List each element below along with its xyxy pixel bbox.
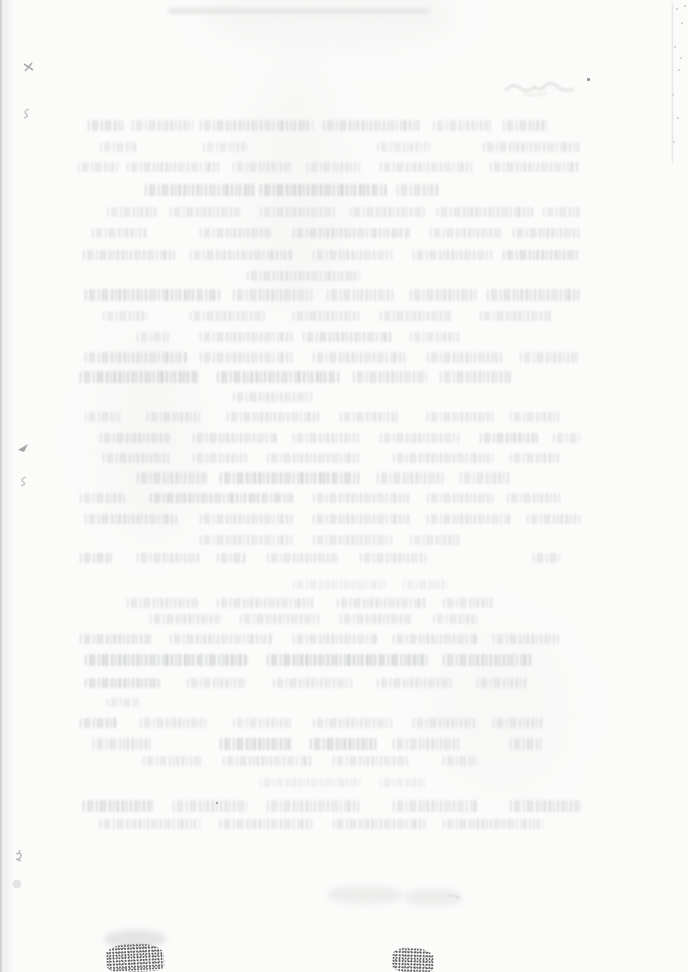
faded-text-segment <box>340 412 400 422</box>
faded-text-segment <box>543 207 580 217</box>
paper-mottle <box>420 620 580 800</box>
faded-text-segment <box>340 614 413 624</box>
scan-speck <box>680 57 682 59</box>
faded-text-segment <box>520 352 580 363</box>
faded-text-segment <box>393 453 493 463</box>
faded-text-segment <box>85 678 160 688</box>
faded-text-segment <box>490 162 580 172</box>
faded-text-segment <box>80 371 200 383</box>
faded-text-segment <box>267 553 337 563</box>
faded-text-segment <box>443 756 477 766</box>
faded-text-segment <box>85 654 247 666</box>
faded-text-segment <box>507 493 560 503</box>
faded-text-segment <box>380 778 427 787</box>
faded-text-segment <box>433 614 477 624</box>
footer-smudge-blob <box>328 886 402 904</box>
faded-text-segment <box>293 228 410 238</box>
faded-text-segment <box>107 698 140 707</box>
faded-text-segment <box>220 819 313 829</box>
faded-text-segment <box>303 332 393 342</box>
faded-text-segment <box>510 738 543 750</box>
faded-text-segment <box>493 634 560 644</box>
faded-text-segment <box>247 271 360 281</box>
faded-text-segment <box>132 120 193 131</box>
faded-text-segment <box>190 250 293 260</box>
faded-text-segment <box>397 184 440 196</box>
faded-text-segment <box>127 598 200 608</box>
faded-text-segment <box>353 371 427 383</box>
faded-text-segment <box>100 433 170 443</box>
faded-text-segment <box>427 352 503 363</box>
faded-text-segment <box>227 412 320 422</box>
faded-text-segment <box>493 718 543 728</box>
faded-text-segment <box>333 819 427 829</box>
faded-text-segment <box>137 553 200 563</box>
faded-text-segment <box>410 535 460 545</box>
faded-text-segment <box>190 311 267 321</box>
faded-text-segment <box>503 250 580 260</box>
faded-text-segment <box>83 800 153 812</box>
faded-text-segment <box>393 738 460 750</box>
faded-text-segment <box>267 654 427 666</box>
faded-text-segment <box>93 738 153 750</box>
faded-text-segment <box>433 120 493 131</box>
faded-text-segment <box>260 184 387 196</box>
faded-text-segment <box>323 120 420 131</box>
scan-speck <box>674 46 676 48</box>
scribble-path <box>506 83 573 90</box>
faded-text-segment <box>85 514 177 524</box>
bottom-ink-stamp <box>105 943 164 972</box>
faded-text-segment <box>460 472 510 484</box>
faded-text-segment <box>150 493 293 503</box>
margin-blot-mark <box>11 876 24 895</box>
faded-text-segment <box>380 311 453 321</box>
footer-curl-mark: 〜ₙ <box>445 888 460 903</box>
faded-text-segment <box>170 207 240 217</box>
faded-text-segment <box>293 634 377 644</box>
faded-text-segment <box>103 311 147 321</box>
faded-text-segment <box>510 412 560 422</box>
faded-text-segment <box>380 433 460 443</box>
faded-text-segment <box>313 718 393 728</box>
faded-text-segment <box>553 433 580 443</box>
faded-text-segment <box>313 250 393 260</box>
faded-text-segment <box>200 120 313 131</box>
faded-text-segment <box>200 228 273 238</box>
faded-text-segment <box>233 162 293 172</box>
faded-text-segment <box>360 553 427 563</box>
faded-text-segment <box>107 207 157 217</box>
faded-text-segment <box>145 184 257 196</box>
faded-text-segment <box>240 614 320 624</box>
faded-text-segment <box>443 598 493 608</box>
faded-text-segment <box>410 289 477 301</box>
scribble-path-2 <box>523 93 547 95</box>
faded-text-segment <box>393 634 477 644</box>
faded-text-segment <box>83 250 177 260</box>
faded-text-segment <box>293 433 360 443</box>
faded-text-segment <box>220 738 293 750</box>
scan-speck <box>677 117 679 119</box>
faded-text-segment <box>260 778 360 787</box>
faded-text-segment <box>193 453 247 463</box>
faded-text-segment <box>293 311 360 321</box>
faded-text-segment <box>313 352 407 363</box>
faded-text-segment <box>143 756 203 766</box>
faded-text-segment <box>267 800 360 812</box>
faded-text-segment <box>137 332 170 342</box>
faded-text-segment <box>260 207 337 217</box>
margin-curl-mark <box>20 105 33 124</box>
faded-text-segment <box>78 162 118 172</box>
faded-text-segment <box>170 634 273 644</box>
faded-text-segment <box>337 598 427 608</box>
faded-text-segment <box>527 514 580 524</box>
faded-text-segment <box>413 250 493 260</box>
faded-text-segment <box>147 412 200 422</box>
faded-text-segment <box>173 800 247 812</box>
faded-text-segment <box>403 580 447 589</box>
faded-text-segment <box>80 718 117 728</box>
faded-text-segment <box>310 738 377 750</box>
faded-text-segment <box>217 553 247 563</box>
faded-text-segment <box>85 352 187 363</box>
faded-text-segment <box>203 142 247 152</box>
faded-text-segment <box>503 120 547 131</box>
faded-text-segment <box>233 718 293 728</box>
margin-cross-mark <box>22 59 35 78</box>
faded-text-segment <box>377 472 443 484</box>
faded-text-segment <box>443 819 543 829</box>
faded-text-segment <box>85 289 220 301</box>
faded-text-segment <box>233 289 313 301</box>
faded-text-segment <box>393 800 477 812</box>
faded-text-segment <box>477 678 527 688</box>
scan-speck <box>681 22 683 24</box>
faded-text-segment <box>193 433 277 443</box>
faded-text-segment <box>200 352 293 363</box>
faded-text-segment <box>233 392 313 402</box>
faded-text-segment <box>513 228 580 238</box>
scan-left-shadow-band <box>4 0 14 972</box>
faded-text-segment <box>427 514 510 524</box>
margin-squiggle-mark <box>13 847 26 866</box>
faded-text-segment <box>267 453 360 463</box>
faded-text-segment <box>313 514 410 524</box>
faded-text-segment <box>150 614 220 624</box>
margin-arrow-mark <box>17 439 30 458</box>
faded-text-segment <box>217 371 340 383</box>
faded-text-segment <box>487 289 580 301</box>
faded-text-segment <box>427 412 493 422</box>
faded-text-segment <box>510 453 560 463</box>
faded-text-segment <box>220 472 360 484</box>
faded-text-segment <box>313 493 410 503</box>
faded-text-segment <box>187 678 247 688</box>
bottom-ink-stamp <box>392 947 435 972</box>
faded-text-segment <box>437 207 533 217</box>
faded-text-segment <box>88 120 123 131</box>
faded-text-segment <box>480 433 540 443</box>
faded-text-segment <box>307 162 360 172</box>
faded-text-segment <box>377 678 453 688</box>
scan-speck <box>676 8 678 10</box>
faded-text-segment <box>440 371 513 383</box>
faded-text-segment <box>200 535 293 545</box>
faded-text-segment <box>377 142 430 152</box>
scan-speck <box>678 69 680 71</box>
faded-text-segment <box>293 580 387 589</box>
faded-text-segment <box>103 453 170 463</box>
scan-smudge-top <box>168 8 430 14</box>
faded-text-segment <box>140 718 207 728</box>
faded-text-segment <box>80 634 153 644</box>
faded-text-segment <box>273 678 353 688</box>
faded-text-segment <box>200 514 293 524</box>
faded-text-segment <box>127 162 220 172</box>
scan-speck <box>672 94 674 96</box>
faded-text-segment <box>480 311 553 321</box>
faded-text-segment <box>80 553 113 563</box>
faded-text-segment <box>380 162 473 172</box>
faded-text-segment <box>223 756 313 766</box>
faded-text-segment <box>200 332 293 342</box>
faded-text-segment <box>333 756 410 766</box>
faded-text-segment <box>510 800 580 812</box>
pencil-dot <box>216 802 218 804</box>
faded-text-segment <box>413 718 477 728</box>
faded-text-segment <box>350 207 427 217</box>
faded-text-segment <box>137 472 207 484</box>
faded-handwriting-mark <box>503 74 579 104</box>
faded-text-segment <box>85 412 120 422</box>
margin-curl-mark <box>17 473 30 492</box>
scanned-document-page: 〜ₙ <box>0 0 688 972</box>
faded-text-segment <box>427 493 493 503</box>
faded-text-segment <box>533 553 560 563</box>
scan-speck <box>673 141 675 143</box>
faded-text-segment <box>92 228 147 238</box>
faded-text-segment <box>100 819 200 829</box>
faded-text-segment <box>443 654 533 666</box>
pencil-dot <box>587 78 590 81</box>
faded-text-segment <box>430 228 503 238</box>
faded-text-segment <box>313 535 393 545</box>
scan-speck <box>684 5 686 7</box>
faded-text-segment <box>80 493 127 503</box>
faded-text-segment <box>217 598 313 608</box>
faded-text-segment <box>483 142 580 152</box>
faded-text-segment <box>327 289 393 301</box>
faded-text-segment <box>410 332 460 342</box>
faded-text-segment <box>100 142 137 152</box>
page-crease-line <box>672 3 673 163</box>
